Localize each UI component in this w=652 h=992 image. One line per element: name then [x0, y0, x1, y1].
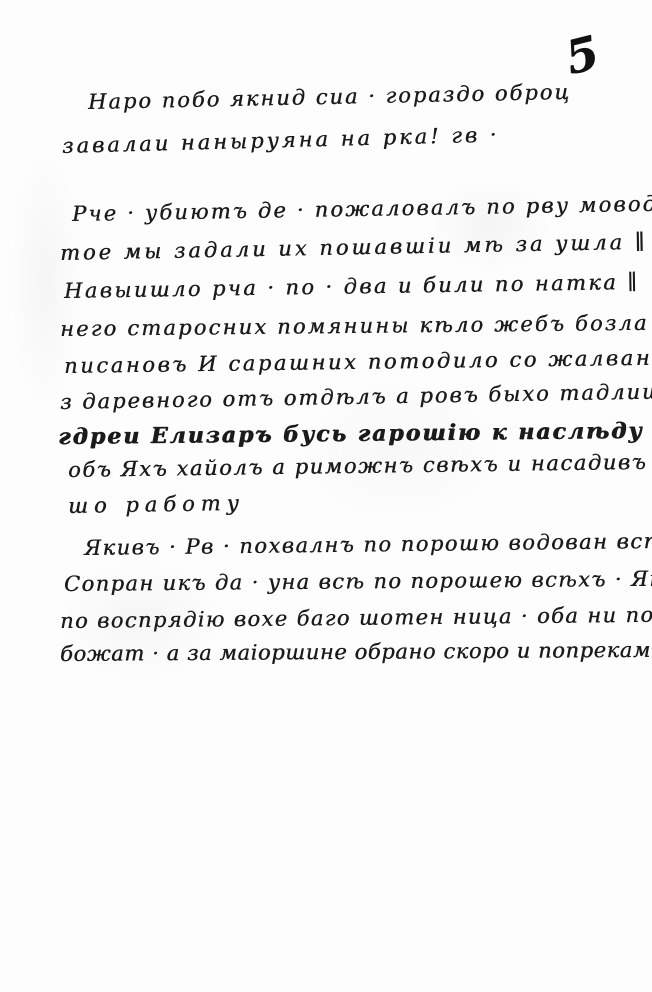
manuscript-line: з даревного отъ отдѣлъ а ровъ быхо тадли…	[60, 381, 652, 413]
manuscript-line: Рче · убиютъ де · пожаловалъ по рву мово…	[72, 193, 652, 225]
manuscript-line: Наро побо якнид сиа · гораздо оброц	[88, 82, 571, 113]
manuscript-line: Сопран икъ да · уна всѣ по порошею всѣхъ…	[64, 568, 652, 595]
manuscript-line: гдреи Елизаръ бусь гарошію к наслѣду дѣу…	[58, 419, 652, 448]
manuscript-line: тое мы задали их пошавшіи мѣ за ушла ∥	[60, 232, 648, 264]
manuscript-page: 5 Наро побо якнид сиа · гораздо оброц за…	[0, 0, 652, 992]
manuscript-line: писановъ И сарашних потодило со жалваніе	[64, 347, 652, 377]
manuscript-line: него старосних помянины кѣло жебъ бозла …	[60, 313, 652, 340]
manuscript-line: завалаи наныруяна на рка! гв ·	[62, 125, 500, 157]
manuscript-line: Якивъ · Рв · похвалнъ по порошю водован …	[84, 530, 652, 559]
manuscript-line: шо работу	[68, 493, 245, 517]
manuscript-line: по воспрядію вохе баго шотен ница · оба …	[60, 604, 652, 632]
folio-number: 5	[560, 25, 604, 85]
manuscript-line: объ Яхъ хайолъ а риможнъ свѣхъ и насадив…	[68, 451, 652, 481]
manuscript-line: Навыишло рча · по · два и били по натка …	[64, 272, 640, 302]
manuscript-line: божат · а за маіоршине обрано скоро и по…	[60, 640, 652, 665]
